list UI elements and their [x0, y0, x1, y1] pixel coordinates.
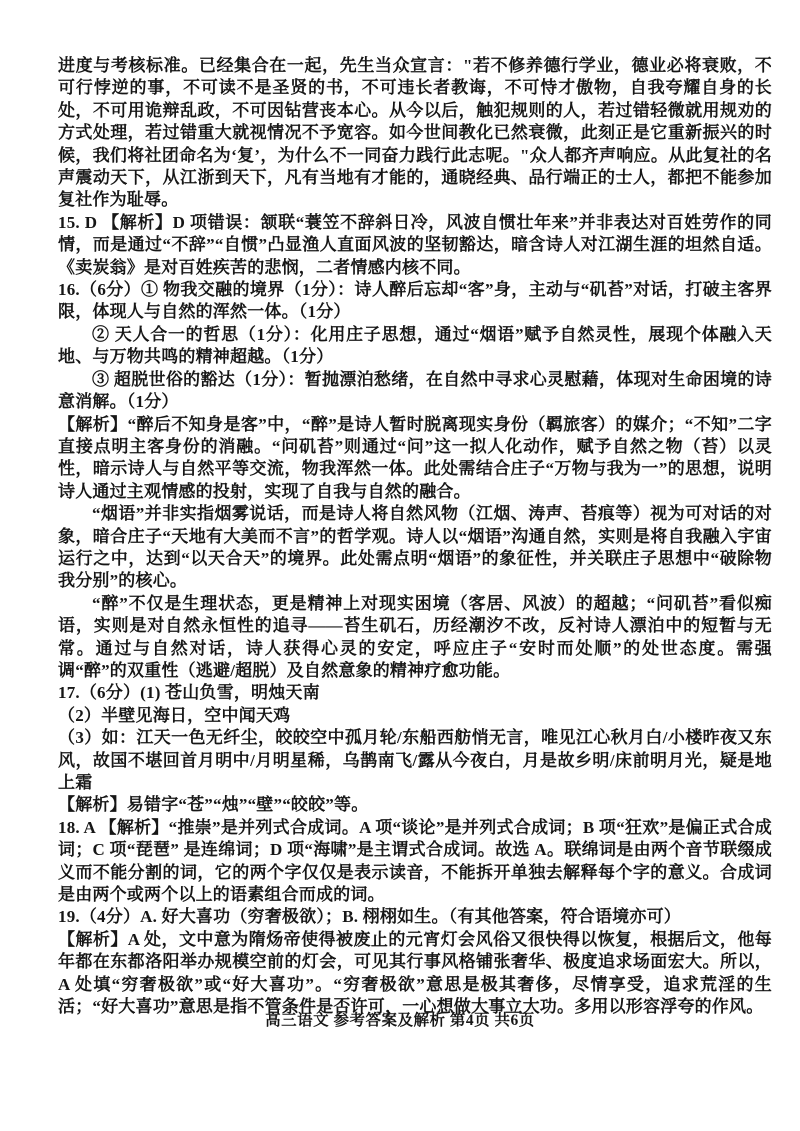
exam-answer-page: 进度与考核标准。已经集合在一起，先生当众宣言："若不修养德行学业，德业必将衰败，…: [0, 0, 800, 1131]
answer-17-analysis: 【解析】易错字“苍”“烛”“壁”“皎皎”等。: [58, 794, 772, 816]
answer-16-point-3: ③ 超脱世俗的豁达（1分）：暂抛漂泊愁绪，在自然中寻求心灵慰藉，体现对生命困境的…: [58, 369, 772, 414]
answer-16-analysis-3: “醉”不仅是生理状态，更是精神上对现实困境（客居、风波）的超越；“问矶苔”看似痴…: [58, 593, 772, 683]
page-footer: 高三语文 参考答案及解析 第4页 共6页: [0, 1008, 800, 1030]
answer-15: 15. D 【解析】D 项错误：颔联“蓑笠不辞斜日冷，风波自惯壮年来”并非表达对…: [58, 212, 772, 279]
answer-17-line-1: 17.（6分）(1) 苍山负雪，明烛天南: [58, 682, 772, 704]
answer-sheet-content: 进度与考核标准。已经集合在一起，先生当众宣言："若不修养德行学业，德业必将衰败，…: [58, 55, 772, 1018]
answer-17-line-3: （3）如：江天一色无纤尘，皎皎空中孤月轮/东船西舫悄无言，唯见江心秋月白/小楼昨…: [58, 727, 772, 794]
answer-19-analysis: 【解析】A 处，文中意为隋炀帝使得被废止的元宵灯会风俗又很快得以恢复，根据后文，…: [58, 929, 772, 1019]
answer-16-point-1: 16.（6分）① 物我交融的境界（1分）：诗人醉后忘却“客”身，主动与“矶苔”对…: [58, 279, 772, 324]
answer-16-analysis-1: 【解析】“醉后不知身是客”中，“醉”是诗人暂时脱离现实身份（羁旅客）的媒介；“不…: [58, 414, 772, 504]
answer-17-line-2: （2）半壁见海日，空中闻天鸡: [58, 705, 772, 727]
answer-16-analysis-2: “烟语”并非实指烟雾说话，而是诗人将自然风物（江烟、涛声、苔痕等）视为可对话的对…: [58, 503, 772, 593]
answer-19: 19.（4分）A. 好大喜功（穷奢极欲）；B. 栩栩如生。（有其他答案，符合语境…: [58, 906, 772, 928]
answer-16-point-2: ② 天人合一的哲思（1分）：化用庄子思想，通过“烟语”赋予自然灵性，展现个体融入…: [58, 324, 772, 369]
answer-18: 18. A 【解析】“推崇”是并列式合成词。A 项“谈论”是并列式合成词；B 项…: [58, 817, 772, 907]
paragraph-translation-continuation: 进度与考核标准。已经集合在一起，先生当众宣言："若不修养德行学业，德业必将衰败，…: [58, 55, 772, 212]
